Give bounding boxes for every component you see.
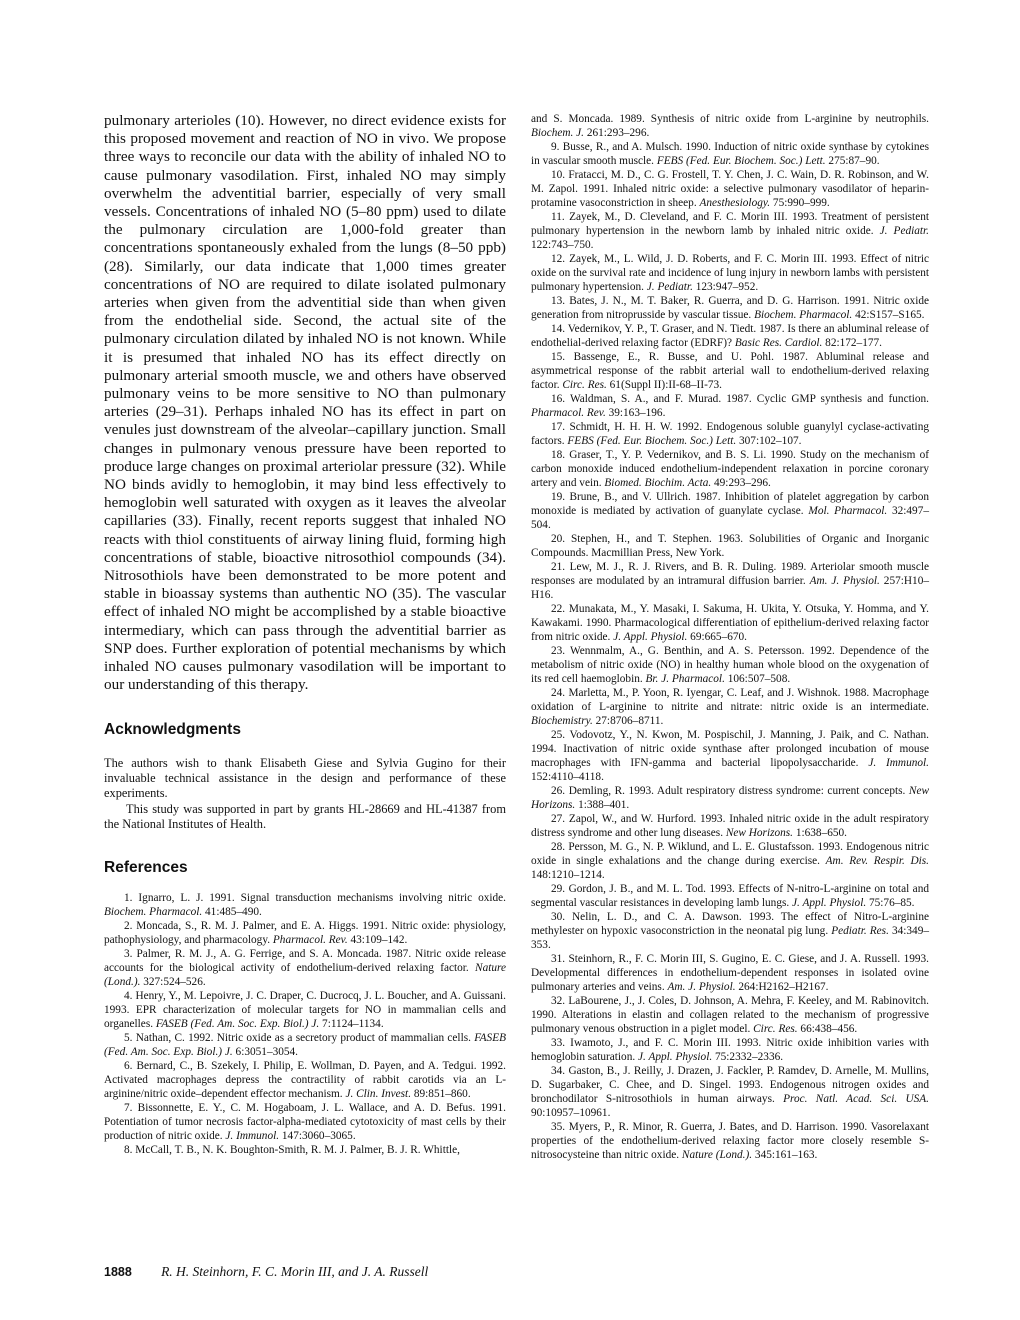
reference-citation: 69:665–670. (687, 631, 747, 643)
reference-item: 26. Demling, R. 1993. Adult respiratory … (531, 784, 929, 812)
reference-text: 24. Marletta, M., P. Yoon, R. Iyengar, C… (531, 687, 929, 713)
reference-journal: J. Appl. Physiol. (638, 1051, 712, 1063)
reference-citation: 147:3060–3065. (279, 1130, 356, 1142)
reference-item: 4. Henry, Y., M. Lepoivre, J. C. Draper,… (104, 989, 506, 1031)
reference-citation: 27:8706–8711. (593, 715, 664, 727)
reference-item: 18. Graser, T., Y. P. Vedernikov, and B.… (531, 448, 929, 490)
page-number: 1888 (104, 1265, 132, 1279)
reference-journal: Pharmacol. Rev. (273, 934, 348, 946)
reference-journal: Circ. Res. (753, 1023, 797, 1035)
reference-journal: Nature (Lond.). (682, 1149, 752, 1161)
reference-citation: 106:507–508. (725, 673, 790, 685)
reference-item: 24. Marletta, M., P. Yoon, R. Iyengar, C… (531, 686, 929, 728)
reference-journal: New Horizons. (726, 827, 793, 839)
reference-journal: Biochem. Pharmacol. (754, 309, 852, 321)
reference-citation: 1:388–401. (575, 799, 629, 811)
reference-item: 29. Gordon, J. B., and M. L. Tod. 1993. … (531, 882, 929, 910)
reference-item: 21. Lew, M. J., R. J. Rivers, and B. R. … (531, 560, 929, 602)
reference-journal: Basic Res. Cardiol. (735, 337, 822, 349)
reference-text: 16. Waldman, S. A., and F. Murad. 1987. … (551, 393, 929, 405)
running-authors: R. H. Steinhorn, F. C. Morin III, and J.… (161, 1264, 428, 1279)
reference-citation: 6:3051–3054. (233, 1046, 298, 1058)
reference-text: 8. McCall, T. B., N. K. Boughton-Smith, … (124, 1144, 460, 1156)
reference-citation: 1:638–650. (793, 827, 847, 839)
reference-item: 30. Nelin, L. D., and C. A. Dawson. 1993… (531, 910, 929, 952)
reference-journal: Pharmacol. Rev. (531, 407, 606, 419)
reference-journal: Proc. Natl. Acad. Sci. USA. (783, 1093, 929, 1105)
reference-item: 31. Steinhorn, R., F. C. Morin III, S. G… (531, 952, 929, 994)
reference-journal: J. Clin. Invest. (345, 1088, 411, 1100)
reference-item: 15. Bassenge, E., R. Busse, and U. Pohl.… (531, 350, 929, 392)
reference-text: 3. Palmer, R. M. J., A. G. Ferrige, and … (104, 948, 506, 974)
reference-item: 3. Palmer, R. M. J., A. G. Ferrige, and … (104, 947, 506, 989)
reference-item: 16. Waldman, S. A., and F. Murad. 1987. … (531, 392, 929, 420)
reference-citation: 41:485–490. (202, 906, 262, 918)
reference-item: 25. Vodovotz, Y., N. Kwon, M. Pospischil… (531, 728, 929, 784)
reference-text: 11. Zayek, M., D. Cleveland, and F. C. M… (531, 211, 929, 237)
reference-item: 27. Zapol, W., and W. Hurford. 1993. Inh… (531, 812, 929, 840)
reference-journal: FEBS (Fed. Eur. Biochem. Soc.) Lett. (567, 435, 736, 447)
reference-citation: 152:4110–4118. (531, 771, 604, 783)
reference-item: 22. Munakata, M., Y. Masaki, I. Sakuma, … (531, 602, 929, 644)
reference-item: 13. Bates, J. N., M. T. Baker, R. Guerra… (531, 294, 929, 322)
reference-citation: 264:H2162–H2167. (736, 981, 829, 993)
reference-item: 9. Busse, R., and A. Mulsch. 1990. Induc… (531, 140, 929, 168)
reference-item: 11. Zayek, M., D. Cleveland, and F. C. M… (531, 210, 929, 252)
reference-item: 19. Brune, B., and V. Ullrich. 1987. Inh… (531, 490, 929, 532)
reference-citation: 66:438–456. (798, 1023, 858, 1035)
reference-citation: 49:293–296. (711, 477, 771, 489)
reference-item: 2. Moncada, S., R. M. J. Palmer, and E. … (104, 919, 506, 947)
reference-journal: J. Pediatr. (880, 225, 929, 237)
reference-citation: 307:102–107. (736, 435, 801, 447)
reference-journal: J. Pediatr. (647, 281, 693, 293)
reference-journal: FASEB (Fed. Am. Soc. Exp. Biol.) J. (156, 1018, 319, 1030)
reference-citation: 122:743–750. (531, 239, 593, 251)
reference-journal: Circ. Res. (562, 379, 606, 391)
reference-item: 12. Zayek, M., L. Wild, J. D. Roberts, a… (531, 252, 929, 294)
reference-citation: 61(Suppl II):II-68–II-73. (607, 379, 722, 391)
reference-text: and S. Moncada. 1989. Synthesis of nitri… (531, 113, 929, 125)
reference-citation: 75:76–85. (866, 897, 914, 909)
reference-item: 6. Bernard, C., B. Szekely, I. Philip, E… (104, 1059, 506, 1101)
left-column: pulmonary arterioles (10). However, no d… (104, 112, 506, 1157)
reference-journal: Biomed. Biochim. Acta. (604, 477, 711, 489)
reference-item: 32. LaBourene, J., J. Coles, D. Johnson,… (531, 994, 929, 1036)
reference-citation: 275:87–90. (826, 155, 880, 167)
reference-citation: 43:109–142. (348, 934, 408, 946)
reference-text: 26. Demling, R. 1993. Adult respiratory … (551, 785, 909, 797)
reference-text: 32. LaBourene, J., J. Coles, D. Johnson,… (531, 995, 929, 1035)
reference-item: 1. Ignarro, L. J. 1991. Signal transduct… (104, 891, 506, 919)
reference-item: 8. McCall, T. B., N. K. Boughton-Smith, … (104, 1143, 506, 1157)
reference-journal: J. Appl. Physiol. (613, 631, 687, 643)
reference-citation: 327:524–526. (140, 976, 205, 988)
reference-journal: Biochem. Pharmacol. (104, 906, 202, 918)
page-footer: 1888 R. H. Steinhorn, F. C. Morin III, a… (104, 1264, 428, 1280)
reference-item: 28. Persson, M. G., N. P. Wiklund, and L… (531, 840, 929, 882)
acknowledgments-paragraph: The authors wish to thank Elisabeth Gies… (104, 756, 506, 802)
reference-item: 7. Bissonnette, E. Y., C. M. Hogaboam, J… (104, 1101, 506, 1143)
reference-citation: 123:947–952. (693, 281, 758, 293)
acknowledgments-body: The authors wish to thank Elisabeth Gies… (104, 756, 506, 833)
reference-text: 5. Nathan, C. 1992. Nitric oxide as a se… (124, 1032, 474, 1044)
reference-citation: 75:2332–2336. (712, 1051, 783, 1063)
reference-item: 23. Wennmalm, A., G. Benthin, and A. S. … (531, 644, 929, 686)
reference-text: 1. Ignarro, L. J. 1991. Signal transduct… (124, 892, 506, 904)
reference-journal: Br. J. Pharmacol. (646, 673, 725, 685)
reference-item: 14. Vedernikov, Y. P., T. Graser, and N.… (531, 322, 929, 350)
reference-citation: 82:172–177. (822, 337, 882, 349)
acknowledgments-paragraph: This study was supported in part by gran… (104, 802, 506, 833)
reference-item: 33. Iwamoto, J., and F. C. Morin III. 19… (531, 1036, 929, 1064)
reference-journal: Am. J. Physiol. (810, 575, 880, 587)
reference-text: 20. Stephen, H., and T. Stephen. 1963. S… (531, 533, 929, 559)
reference-item: 17. Schmidt, H. H. H. W. 1992. Endogenou… (531, 420, 929, 448)
references-list-left: 1. Ignarro, L. J. 1991. Signal transduct… (104, 891, 506, 1157)
references-heading: References (104, 859, 506, 877)
reference-item: 34. Gaston, B., J. Reilly, J. Drazen, J.… (531, 1064, 929, 1120)
reference-citation: 261:293–296. (584, 127, 649, 139)
reference-journal: Am. Rev. Respir. Dis. (826, 855, 929, 867)
reference-item: 5. Nathan, C. 1992. Nitric oxide as a se… (104, 1031, 506, 1059)
reference-citation: 89:851–860. (411, 1088, 471, 1100)
reference-item: 35. Myers, P., R. Minor, R. Guerra, J. B… (531, 1120, 929, 1162)
reference-citation: 42:S157–S165. (852, 309, 924, 321)
reference-citation: 148:1210–1214. (531, 869, 605, 881)
reference-citation: 90:10957–10961. (531, 1107, 610, 1119)
reference-journal: J. Immunol. (868, 757, 929, 769)
reference-citation: 345:161–163. (752, 1149, 817, 1161)
reference-item: 20. Stephen, H., and T. Stephen. 1963. S… (531, 532, 929, 560)
reference-citation: 39:163–196. (606, 407, 666, 419)
discussion-paragraph: pulmonary arterioles (10). However, no d… (104, 112, 506, 695)
reference-journal: Am. J. Physiol. (667, 981, 735, 993)
reference-citation: 7:1124–1134. (319, 1018, 383, 1030)
references-list-right: and S. Moncada. 1989. Synthesis of nitri… (531, 112, 929, 1162)
reference-item: 10. Fratacci, M. D., C. G. Frostell, T. … (531, 168, 929, 210)
reference-journal: Anesthesiology. (699, 197, 770, 209)
reference-journal: FEBS (Fed. Eur. Biochem. Soc.) Lett. (657, 155, 826, 167)
reference-citation: 75:990–999. (770, 197, 830, 209)
reference-journal: Mol. Pharmacol. (808, 505, 887, 517)
acknowledgments-heading: Acknowledgments (104, 721, 506, 739)
reference-journal: Pediatr. Res. (831, 925, 889, 937)
reference-journal: J. Immunol. (225, 1130, 279, 1142)
reference-journal: Biochemistry. (531, 715, 593, 727)
reference-journal: J. Appl. Physiol. (792, 897, 866, 909)
reference-journal: Biochem. J. (531, 127, 584, 139)
reference-item: and S. Moncada. 1989. Synthesis of nitri… (531, 112, 929, 140)
